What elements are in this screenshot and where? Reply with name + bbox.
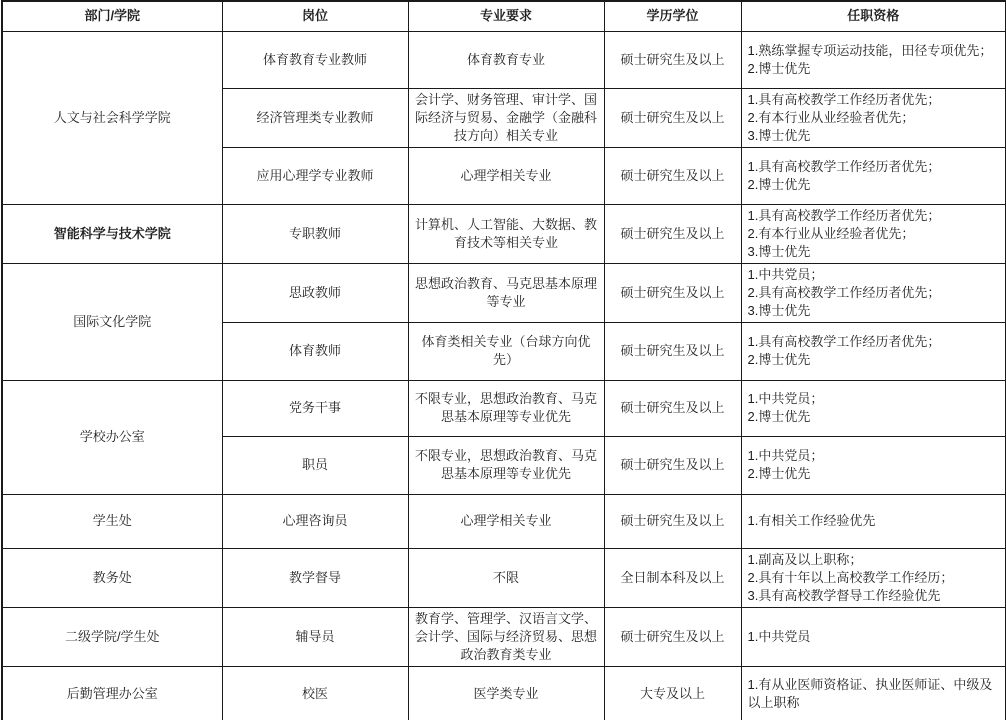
degree-cell: 硕士研究生及以上 xyxy=(604,88,741,147)
major-cell: 体育教育专业 xyxy=(408,31,604,88)
department-cell: 智能科学与技术学院 xyxy=(2,204,222,263)
qualification-cell: 1.有相关工作经验优先 xyxy=(741,494,1006,548)
position-cell: 党务干事 xyxy=(222,380,408,436)
major-cell: 教育学、管理学、汉语言文学、会计学、国际与经济贸易、思想政治教育类专业 xyxy=(408,607,604,666)
position-cell: 教学督导 xyxy=(222,548,408,607)
table-row: 后勤管理办公室 校医 医学类专业 大专及以上 1.有从业医师资格证、执业医师证、… xyxy=(2,666,1006,720)
qualification-cell: 1.具有高校教学工作经历者优先； 2.博士优先 xyxy=(741,147,1006,204)
qualification-cell: 1.中共党员； 2.博士优先 xyxy=(741,436,1006,494)
degree-cell: 硕士研究生及以上 xyxy=(604,607,741,666)
position-cell: 职员 xyxy=(222,436,408,494)
qualification-cell: 1.中共党员； 2.具有高校教学工作经历者优先； 3.博士优先 xyxy=(741,263,1006,322)
qualification-cell: 1.中共党员； 2.博士优先 xyxy=(741,380,1006,436)
position-cell: 体育教师 xyxy=(222,322,408,380)
major-cell: 心理学相关专业 xyxy=(408,494,604,548)
degree-cell: 硕士研究生及以上 xyxy=(604,147,741,204)
major-cell: 体育类相关专业（台球方向优先） xyxy=(408,322,604,380)
major-cell: 不限专业，思想政治教育、马克思基本原理等专业优先 xyxy=(408,380,604,436)
department-cell: 人文与社会科学学院 xyxy=(2,31,222,204)
major-cell: 心理学相关专业 xyxy=(408,147,604,204)
position-cell: 经济管理类专业教师 xyxy=(222,88,408,147)
major-cell: 医学类专业 xyxy=(408,666,604,720)
qualification-cell: 1.副高及以上职称； 2.具有十年以上高校教学工作经历； 3.具有高校教学督导工… xyxy=(741,548,1006,607)
major-cell: 会计学、财务管理、审计学、国际经济与贸易、金融学（金融科技方向）相关专业 xyxy=(408,88,604,147)
degree-cell: 硕士研究生及以上 xyxy=(604,31,741,88)
qualification-cell: 1.熟练掌握专项运动技能，田径专项优先； 2.博士优先 xyxy=(741,31,1006,88)
degree-cell: 硕士研究生及以上 xyxy=(604,322,741,380)
header-major: 专业要求 xyxy=(408,1,604,31)
major-cell: 不限专业，思想政治教育、马克思基本原理等专业优先 xyxy=(408,436,604,494)
department-cell: 后勤管理办公室 xyxy=(2,666,222,720)
department-cell: 学校办公室 xyxy=(2,380,222,494)
header-qualification: 任职资格 xyxy=(741,1,1006,31)
degree-cell: 硕士研究生及以上 xyxy=(604,436,741,494)
degree-cell: 硕士研究生及以上 xyxy=(604,204,741,263)
qualification-cell: 1.具有高校教学工作经历者优先； 2.有本行业从业经验者优先； 3.博士优先 xyxy=(741,88,1006,147)
department-cell: 国际文化学院 xyxy=(2,263,222,380)
table-row: 二级学院/学生处 辅导员 教育学、管理学、汉语言文学、会计学、国际与经济贸易、思… xyxy=(2,607,1006,666)
position-cell: 应用心理学专业教师 xyxy=(222,147,408,204)
table-row: 学校办公室 党务干事 不限专业，思想政治教育、马克思基本原理等专业优先 硕士研究… xyxy=(2,380,1006,436)
table-row: 国际文化学院 思政教师 思想政治教育、马克思基本原理等专业 硕士研究生及以上 1… xyxy=(2,263,1006,322)
header-row: 部门/学院 岗位 专业要求 学历学位 任职资格 xyxy=(2,1,1006,31)
recruitment-table: 部门/学院 岗位 专业要求 学历学位 任职资格 人文与社会科学学院 体育教育专业… xyxy=(1,0,1006,720)
qualification-cell: 1.有从业医师资格证、执业医师证、中级及以上职称 xyxy=(741,666,1006,720)
degree-cell: 硕士研究生及以上 xyxy=(604,263,741,322)
department-cell: 教务处 xyxy=(2,548,222,607)
header-position: 岗位 xyxy=(222,1,408,31)
degree-cell: 硕士研究生及以上 xyxy=(604,380,741,436)
degree-cell: 大专及以上 xyxy=(604,666,741,720)
position-cell: 心理咨询员 xyxy=(222,494,408,548)
major-cell: 思想政治教育、马克思基本原理等专业 xyxy=(408,263,604,322)
table-row: 学生处 心理咨询员 心理学相关专业 硕士研究生及以上 1.有相关工作经验优先 xyxy=(2,494,1006,548)
position-cell: 专职教师 xyxy=(222,204,408,263)
major-cell: 不限 xyxy=(408,548,604,607)
table-row: 智能科学与技术学院 专职教师 计算机、人工智能、大数据、教育技术等相关专业 硕士… xyxy=(2,204,1006,263)
department-cell: 学生处 xyxy=(2,494,222,548)
table-row: 人文与社会科学学院 体育教育专业教师 体育教育专业 硕士研究生及以上 1.熟练掌… xyxy=(2,31,1006,88)
department-cell: 二级学院/学生处 xyxy=(2,607,222,666)
header-department: 部门/学院 xyxy=(2,1,222,31)
position-cell: 校医 xyxy=(222,666,408,720)
table-row: 教务处 教学督导 不限 全日制本科及以上 1.副高及以上职称； 2.具有十年以上… xyxy=(2,548,1006,607)
degree-cell: 硕士研究生及以上 xyxy=(604,494,741,548)
qualification-cell: 1.具有高校教学工作经历者优先； 2.博士优先 xyxy=(741,322,1006,380)
position-cell: 体育教育专业教师 xyxy=(222,31,408,88)
header-degree: 学历学位 xyxy=(604,1,741,31)
major-cell: 计算机、人工智能、大数据、教育技术等相关专业 xyxy=(408,204,604,263)
degree-cell: 全日制本科及以上 xyxy=(604,548,741,607)
qualification-cell: 1.具有高校教学工作经历者优先； 2.有本行业从业经验者优先； 3.博士优先 xyxy=(741,204,1006,263)
position-cell: 思政教师 xyxy=(222,263,408,322)
position-cell: 辅导员 xyxy=(222,607,408,666)
qualification-cell: 1.中共党员 xyxy=(741,607,1006,666)
recruitment-table-page: 部门/学院 岗位 专业要求 学历学位 任职资格 人文与社会科学学院 体育教育专业… xyxy=(0,0,1006,720)
